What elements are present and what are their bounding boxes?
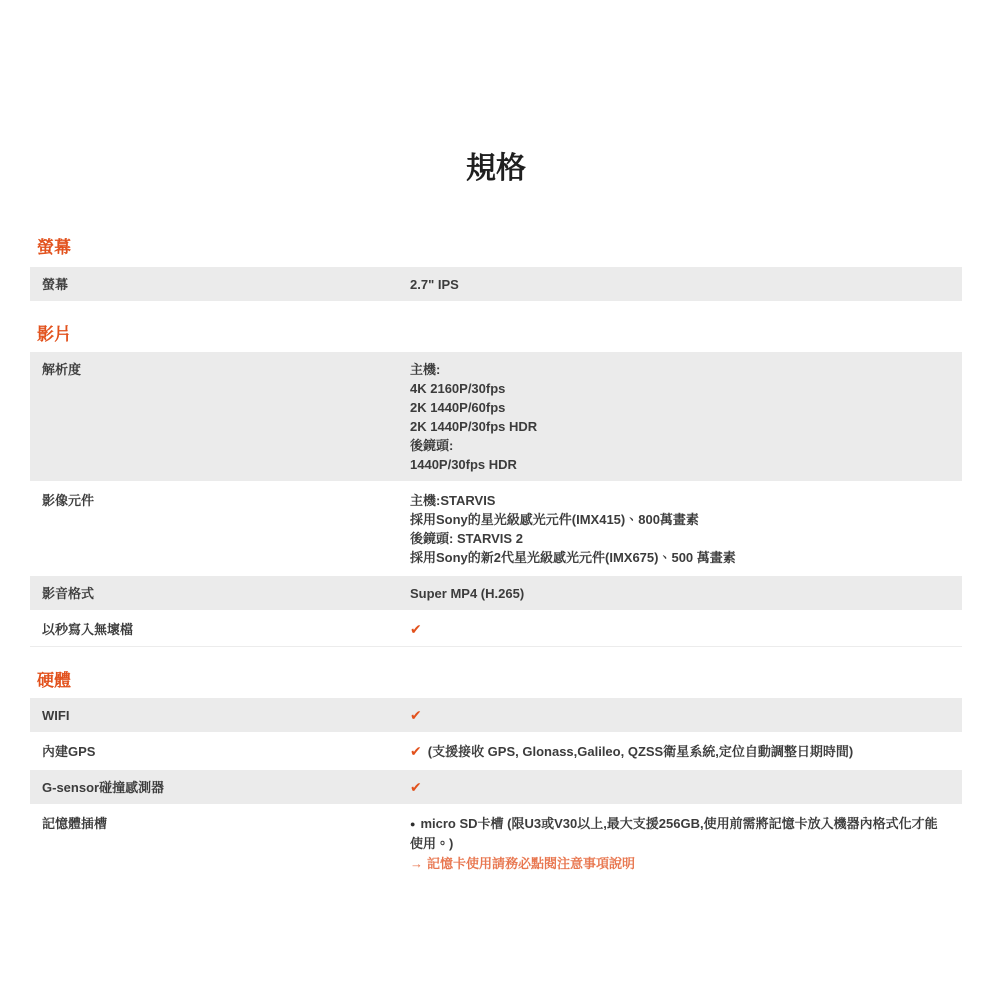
row-value: 主機: 4K 2160P/30fps 2K 1440P/60fps 2K 144… (410, 359, 950, 474)
section-heading-screen: 螢幕 (37, 238, 962, 258)
row-value: 2.7" IPS (410, 274, 950, 294)
table-row: 影音格式 Super MP4 (H.265) (30, 576, 962, 610)
row-label: 記憶體插槽 (42, 813, 410, 833)
row-label: 解析度 (42, 359, 410, 379)
row-value: ✔(支援接收 GPS, Glonass,Galileo, QZSS衛星系統,定位… (410, 741, 950, 761)
bullet-icon: ● (410, 819, 415, 829)
section-heading-video: 影片 (37, 325, 962, 345)
check-icon: ✔ (410, 742, 422, 761)
check-icon: ✔ (410, 706, 422, 725)
value-line: 2K 1440P/60fps (410, 398, 950, 417)
value-line: Super MP4 (H.265) (410, 584, 950, 603)
spec-page: 規格 螢幕 螢幕 2.7" IPS 影片 解析度 主機: 4K 2160P/30… (30, 0, 962, 880)
row-label: 影像元件 (42, 490, 410, 510)
table-row: 螢幕 2.7" IPS (30, 267, 962, 301)
row-value: 主機:STARVIS 採用Sony的星光級感光元件(IMX415)、800萬畫素… (410, 490, 950, 567)
memory-slot-description: ●micro SD卡槽 (限U3或V30以上,最大支援256GB,使用前需將記憶… (410, 814, 950, 853)
row-label: WIFI (42, 705, 410, 725)
row-label: G-sensor碰撞感測器 (42, 777, 410, 797)
table-row: 影像元件 主機:STARVIS 採用Sony的星光級感光元件(IMX415)、8… (30, 483, 962, 574)
memory-card-notice-link-label: 記憶卡使用請務必點閱注意事項說明 (427, 856, 635, 871)
value-line: 2K 1440P/30fps HDR (410, 417, 950, 436)
page-title: 規格 (30, 152, 962, 186)
check-icon: ✔ (410, 620, 422, 639)
table-row: 記憶體插槽 ●micro SD卡槽 (限U3或V30以上,最大支援256GB,使… (30, 806, 962, 880)
row-value: Super MP4 (H.265) (410, 583, 950, 603)
row-value: ✔ (410, 705, 950, 725)
value-line: 後鏡頭: STARVIS 2 (410, 529, 950, 548)
table-row: 以秒寫入無壞檔 ✔ (30, 612, 962, 647)
table-row: WIFI ✔ (30, 698, 962, 732)
section-heading-hardware: 硬體 (37, 671, 962, 691)
value-line: 1440P/30fps HDR (410, 455, 950, 474)
row-label: 螢幕 (42, 274, 410, 294)
row-label: 影音格式 (42, 583, 410, 603)
value-line: 2.7" IPS (410, 275, 950, 294)
value-line: 採用Sony的新2代星光級感光元件(IMX675)、500 萬畫素 (410, 548, 950, 567)
row-value: ●micro SD卡槽 (限U3或V30以上,最大支援256GB,使用前需將記憶… (410, 813, 950, 873)
row-label: 內建GPS (42, 741, 410, 761)
value-line: 採用Sony的星光級感光元件(IMX415)、800萬畫素 (410, 510, 950, 529)
value-line: 主機:STARVIS (410, 491, 950, 510)
check-icon: ✔ (410, 778, 422, 797)
memory-card-notice-link[interactable]: →記憶卡使用請務必點閱注意事項說明 (410, 854, 635, 873)
row-value: ✔ (410, 619, 950, 639)
value-line: 4K 2160P/30fps (410, 379, 950, 398)
table-row: G-sensor碰撞感測器 ✔ (30, 770, 962, 804)
memory-slot-text: micro SD卡槽 (限U3或V30以上,最大支援256GB,使用前需將記憶卡… (410, 816, 938, 851)
table-row: 內建GPS ✔(支援接收 GPS, Glonass,Galileo, QZSS衛… (30, 734, 962, 768)
row-value: ✔ (410, 777, 950, 797)
row-label: 以秒寫入無壞檔 (42, 619, 410, 639)
gps-support-note: (支援接收 GPS, Glonass,Galileo, QZSS衛星系統,定位自… (428, 744, 853, 759)
value-line: 主機: (410, 360, 950, 379)
table-row: 解析度 主機: 4K 2160P/30fps 2K 1440P/60fps 2K… (30, 352, 962, 481)
value-line: 後鏡頭: (410, 436, 950, 455)
arrow-right-icon: → (410, 856, 423, 871)
